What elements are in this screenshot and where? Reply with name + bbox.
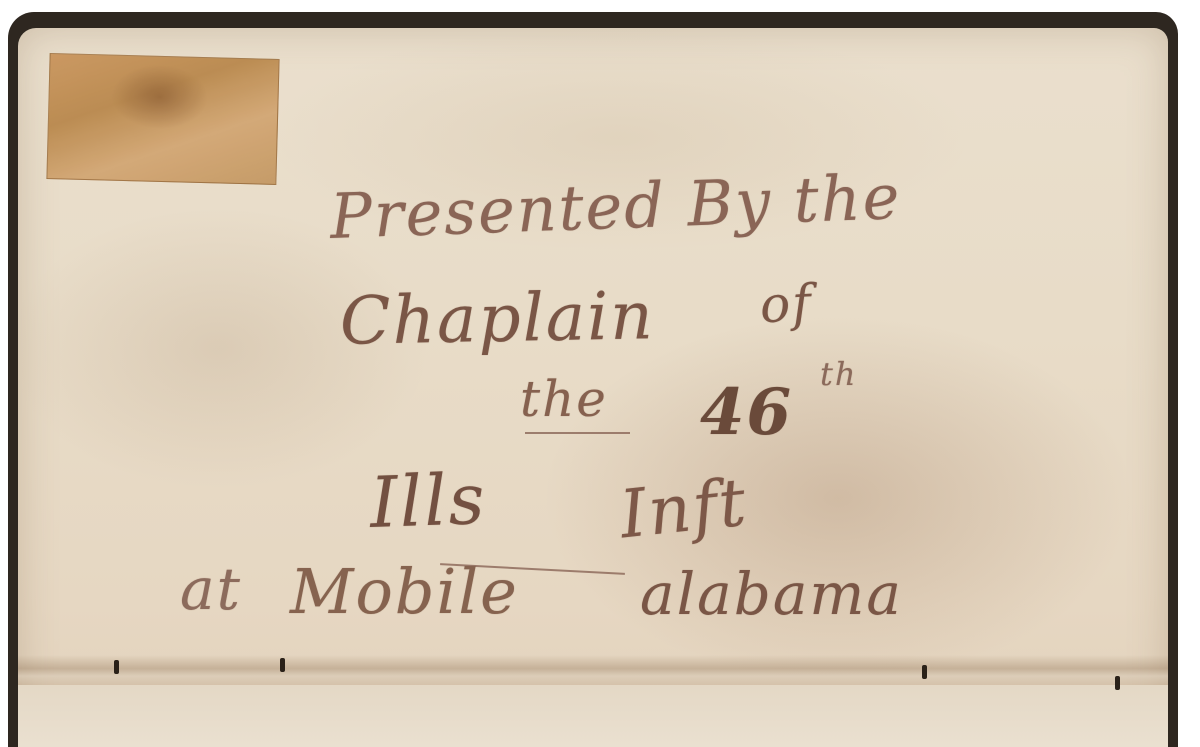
inscription-alabama: alabama [640,560,903,628]
inscription-chaplain: Chaplain [339,277,655,359]
binding-stitch [280,658,285,672]
aged-tape-patch [46,53,279,185]
inscription-at: at [180,555,242,623]
inscription-of: of [759,274,815,335]
inscription-the: the [520,370,608,428]
page-fold [18,655,1168,685]
next-page [18,685,1168,747]
inscription-inft: Inft [616,464,751,554]
binding-stitch [922,665,927,679]
underline-stroke [525,432,630,434]
inscription-mobile: Mobile [290,555,519,628]
inscription-ordinal-suffix: th [820,355,857,393]
inscription-regiment-number: 46 [700,375,793,450]
binding-stitch [1115,676,1120,690]
inscription-ills: Ills [369,458,488,544]
binding-stitch [114,660,119,674]
